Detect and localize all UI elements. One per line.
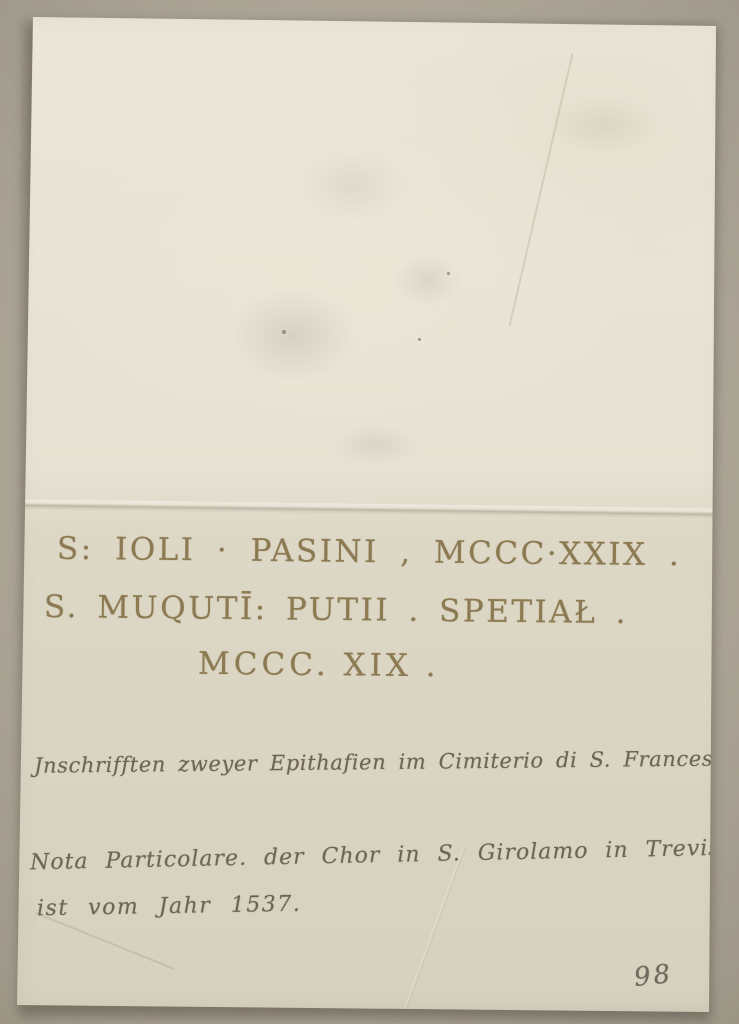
inscription-line-3: MCCC. XIX . [198, 646, 440, 685]
paper-stain [330, 425, 420, 465]
paper-stain [228, 288, 358, 383]
ink-speck [418, 338, 421, 341]
inscription-line-2: S. MUQUTĪ: PUTII . SPETIAŁ . [44, 589, 628, 631]
ink-speck [447, 272, 450, 275]
paper-stain [298, 148, 408, 223]
page-number: 98 [633, 959, 675, 993]
ink-speck [282, 330, 286, 334]
paper-stain [545, 95, 665, 155]
inscription-line-1: S: IOLI · PASINI , MCCC·XXIX . [57, 531, 682, 574]
scanned-page-photo: S: IOLI · PASINI , MCCC·XXIX . S. MUQUTĪ… [0, 0, 739, 1024]
paper-stain [392, 252, 462, 308]
manuscript-sheet: S: IOLI · PASINI , MCCC·XXIX . S. MUQUTĪ… [0, 0, 739, 1024]
handwritten-note-line-2: ist vom Jahr 1537. [37, 892, 302, 922]
